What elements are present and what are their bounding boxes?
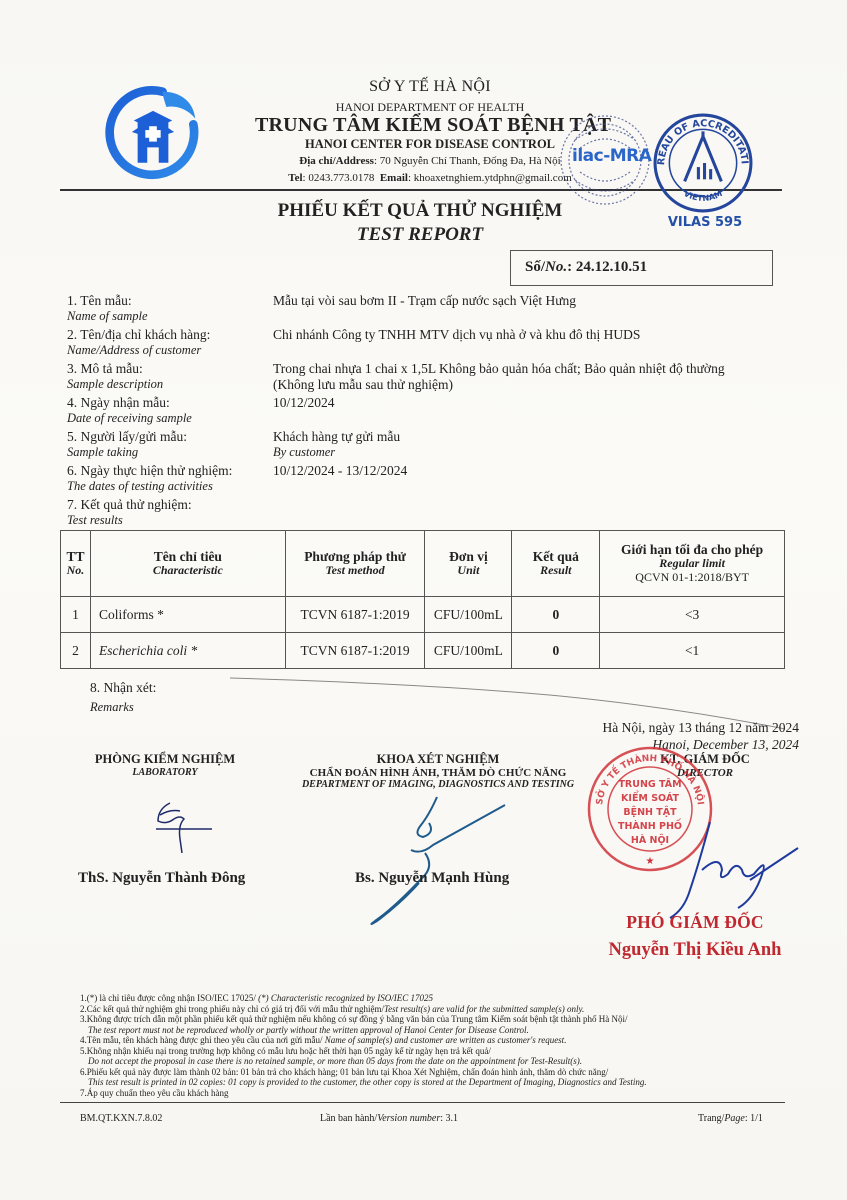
- sample-taking-value-en: By customer: [273, 445, 335, 460]
- col-result: Kết quảResult: [512, 531, 600, 597]
- sample-taking-label-en: Sample taking: [67, 445, 138, 460]
- footnote-5-en: Do not accept the proposal in case there…: [88, 1056, 808, 1067]
- cell-no: 1: [61, 597, 91, 633]
- results-table: TTNo. Tên chỉ tiêuCharacteristic Phương …: [60, 530, 785, 669]
- ilac-mra-label: ilac-MRA: [572, 146, 651, 166]
- svg-text:BỆNH TẬT: BỆNH TẬT: [623, 807, 677, 818]
- receive-date-value: 10/12/2024: [273, 395, 335, 411]
- signature-mark-3: [660, 820, 800, 920]
- footnote-3-en: The test report must not be reproduced w…: [88, 1025, 808, 1036]
- cell-result: 0: [512, 633, 600, 669]
- customer-value: Chi nhánh Công ty TNHH MTV dịch vụ nhà ở…: [273, 327, 640, 343]
- table-header-row: TTNo. Tên chỉ tiêuCharacteristic Phương …: [61, 531, 785, 597]
- footnote-3: 3.Không được trích dẫn một phần phiếu kế…: [80, 1014, 800, 1025]
- cell-characteristic: Coliforms *: [90, 597, 285, 633]
- remarks-label: 8. Nhận xét:: [90, 680, 156, 696]
- sample-description-label: 3. Mô tả mẫu:: [67, 361, 143, 377]
- svg-text:★: ★: [646, 856, 655, 867]
- cell-limit: <1: [600, 633, 785, 669]
- cell-method: TCVN 6187-1:2019: [285, 633, 425, 669]
- test-report-page: SỞ Y TẾ HÀ NỘI HANOI DEPARTMENT OF HEALT…: [0, 0, 847, 1200]
- customer-label: 2. Tên/địa chỉ khách hàng:: [67, 327, 210, 343]
- signer-role-3: PHÓ GIÁM ĐỐC: [600, 912, 790, 933]
- table-row: 1 Coliforms * TCVN 6187-1:2019 CFU/100mL…: [61, 597, 785, 633]
- signature-department: KHOA XÉT NGHIỆM CHẨN ĐOÁN HÌNH ẢNH, THĂM…: [278, 752, 598, 790]
- cell-result: 0: [512, 597, 600, 633]
- cell-characteristic: Escherichia coli *: [90, 633, 285, 669]
- receive-date-label: 4. Ngày nhận mẫu:: [67, 395, 170, 411]
- report-title-vn: PHIẾU KẾT QUẢ THỬ NGHIỆM: [150, 200, 690, 222]
- table-row: 2 Escherichia coli * TCVN 6187-1:2019 CF…: [61, 633, 785, 669]
- footnote-7: 7.Áp quy chuẩn theo yêu cầu khách hàng: [80, 1088, 800, 1099]
- test-results-label-en: Test results: [67, 513, 123, 528]
- email-link[interactable]: : khoaxetnghiem.ytdphn@gmail.com: [408, 172, 572, 184]
- col-unit: Đơn vịUnit: [425, 531, 512, 597]
- signature-mark-1: [140, 795, 220, 855]
- testing-dates-label: 6. Ngày thực hiện thử nghiệm:: [67, 463, 232, 479]
- issue-date-vn: Hà Nội, ngày 13 tháng 12 năm 2024: [603, 720, 799, 736]
- cell-unit: CFU/100mL: [425, 597, 512, 633]
- signer-name-1: ThS. Nguyễn Thành Đông: [78, 870, 245, 887]
- sample-name-value: Mẫu tại vòi sau bơm II - Trạm cấp nước s…: [273, 293, 576, 309]
- report-title-en: TEST REPORT: [150, 224, 690, 246]
- bureau-of-accreditation-seal-icon: BUREAU OF ACCREDITATION VIETNAM: [652, 112, 754, 214]
- dept-vn: SỞ Y TẾ HÀ NỘI: [250, 78, 610, 96]
- sample-description-value-2: (Không lưu mẫu sau thử nghiệm): [273, 377, 453, 393]
- test-results-label: 7. Kết quả thử nghiệm:: [67, 497, 192, 513]
- sample-name-label-en: Name of sample: [67, 309, 148, 324]
- footnote-5: 5.Không nhận khiếu nại trong trường hợp …: [80, 1046, 800, 1057]
- signer-name-3: Nguyễn Thị Kiều Anh: [590, 940, 800, 961]
- testing-dates-label-en: The dates of testing activities: [67, 479, 213, 494]
- cell-unit: CFU/100mL: [425, 633, 512, 669]
- signature-laboratory: PHÒNG KIỂM NGHIỆM LABORATORY: [70, 752, 260, 778]
- sample-taking-value: Khách hàng tự gửi mẫu: [273, 429, 400, 445]
- col-characteristic: Tên chỉ tiêuCharacteristic: [90, 531, 285, 597]
- sample-description-label-en: Sample description: [67, 377, 163, 392]
- signer-name-2: Bs. Nguyễn Mạnh Hùng: [355, 870, 509, 887]
- receive-date-label-en: Date of receiving sample: [67, 411, 192, 426]
- svg-text:KIỂM SOÁT: KIỂM SOÁT: [621, 791, 679, 804]
- remarks-label-en: Remarks: [90, 700, 134, 715]
- footer-divider: [60, 1102, 785, 1103]
- version-number: Lần ban hành/Version number: 3.1: [320, 1113, 458, 1124]
- customer-label-en: Name/Address of customer: [67, 343, 201, 358]
- testing-dates-value: 10/12/2024 - 13/12/2024: [273, 463, 407, 479]
- sample-description-value: Trong chai nhựa 1 chai x 1,5L Không bảo …: [273, 361, 725, 377]
- footnote-2: 2.Các kết quả thử nghiệm ghi trong phiếu…: [80, 1004, 800, 1015]
- hcdc-logo-icon: [105, 83, 201, 181]
- cell-method: TCVN 6187-1:2019: [285, 597, 425, 633]
- cell-no: 2: [61, 633, 91, 669]
- footnote-6: 6.Phiếu kết quả này được làm thành 02 bả…: [80, 1067, 800, 1078]
- signature-mark-2: [355, 795, 515, 935]
- col-method: Phương pháp thửTest method: [285, 531, 425, 597]
- report-number: : 24.12.10.51: [567, 259, 647, 275]
- col-no: TTNo.: [61, 531, 91, 597]
- form-code: BM.QT.KXN.7.8.02: [80, 1113, 162, 1124]
- footnote-4: 4.Tên mẫu, tên khách hàng được ghi theo …: [80, 1035, 800, 1046]
- footnote-6-en: This test result is printed in 02 copies…: [88, 1077, 808, 1088]
- cell-limit: <3: [600, 597, 785, 633]
- svg-text:TRUNG TÂM: TRUNG TÂM: [618, 778, 681, 790]
- report-number-box: Số/No.: 24.12.10.51: [510, 250, 773, 286]
- footnote-1: 1.(*) là chỉ tiêu được công nhận ISO/IEC…: [80, 993, 800, 1004]
- sample-taking-label: 5. Người lấy/gửi mẫu:: [67, 429, 187, 445]
- page-number: Trang/Page: 1/1: [698, 1113, 763, 1124]
- col-limit: Giới hạn tối đa cho phépRegular limitQCV…: [600, 531, 785, 597]
- sample-name-label: 1. Tên mẫu:: [67, 293, 132, 309]
